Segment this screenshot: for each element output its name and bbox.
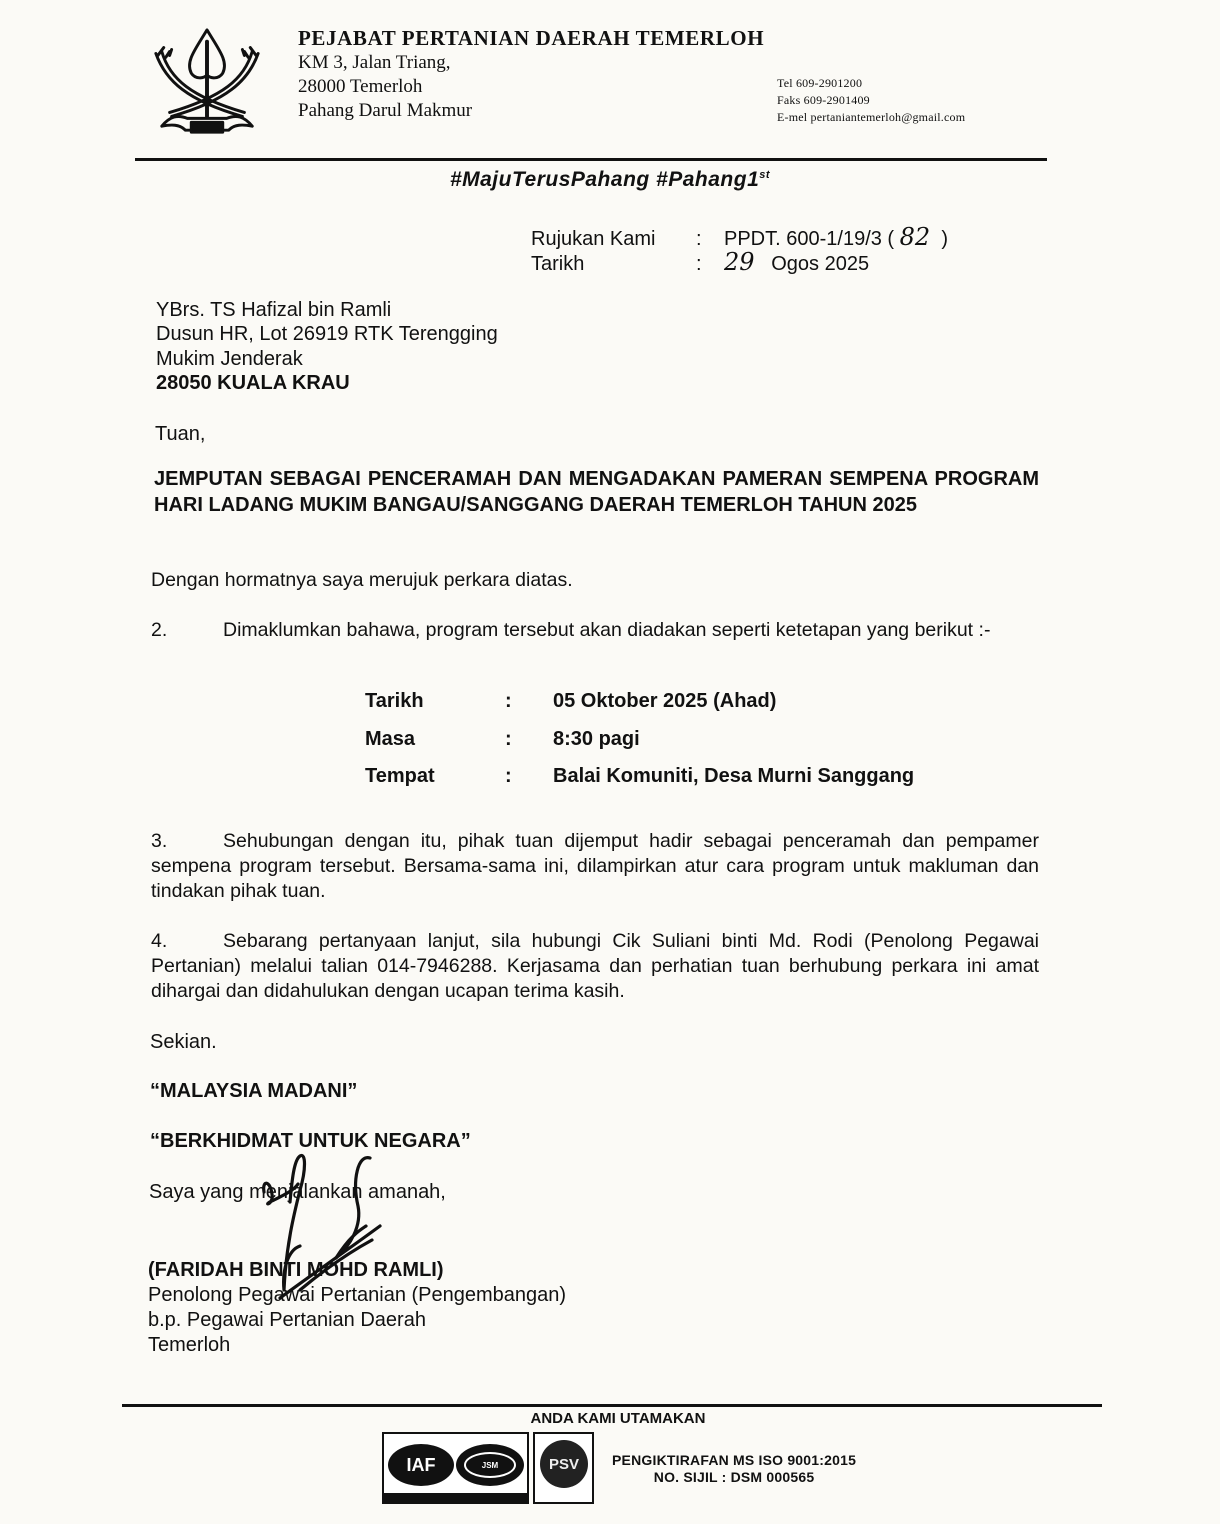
paragraph-text: Sebarang pertanyaan lanjut, sila hubungi… <box>151 930 1039 1002</box>
paragraph-4: 4.Sebarang pertanyaan lanjut, sila hubun… <box>151 929 1039 1004</box>
detail-row-venue: Tempat : Balai Komuniti, Desa Murni Sang… <box>365 765 914 803</box>
footer-slogan: ANDA KAMI UTAMAKAN <box>0 1410 1220 1427</box>
certification-line: PENGIKTIRAFAN MS ISO 9001:2015 <box>612 1452 856 1469</box>
signatory-on-behalf: b.p. Pegawai Pertanian Daerah <box>148 1309 426 1332</box>
reference-handwritten-number: 82 <box>900 223 931 251</box>
detail-row-date: Tarikh : 05 Oktober 2025 (Ahad) <box>365 690 914 728</box>
psv-logo-icon: PSV <box>540 1440 588 1488</box>
date-label: Tarikh <box>531 253 696 276</box>
detail-value: Balai Komuniti, Desa Murni Sanggang <box>553 765 914 803</box>
signatory-name: (FARIDAH BINTI MOHD RAMLI) <box>148 1259 444 1282</box>
letter-subject: JEMPUTAN SEBAGAI PENCERAMAH DAN MENGADAK… <box>154 466 1039 518</box>
paragraph-text: Dimaklumkan bahawa, program tersebut aka… <box>223 619 990 641</box>
hashtag-text: #MajuTerusPahang #Pahang1 <box>450 168 759 191</box>
accreditation-logos: IAF JSM <box>382 1432 529 1504</box>
recipient-name: YBrs. TS Hafizal bin Ramli <box>156 299 391 322</box>
reference-value: PPDT. 600-1/19/3 ( <box>724 228 894 250</box>
paragraph-text: Sehubungan dengan itu, pihak tuan dijemp… <box>151 830 1039 902</box>
paragraph-3: 3.Sehubungan dengan itu, pihak tuan dije… <box>151 829 1039 904</box>
recipient-address: Dusun HR, Lot 26919 RTK Terengging <box>156 323 498 346</box>
motto-malaysia-madani: “MALAYSIA MADANI” <box>150 1080 357 1103</box>
address-line: Pahang Darul Makmur <box>298 100 472 122</box>
hashtag-slogan: #MajuTerusPahang #Pahang1st <box>0 168 1220 192</box>
logo-bar <box>384 1493 527 1502</box>
address-line: KM 3, Jalan Triang, <box>298 52 451 74</box>
email: E-mel pertaniantemerloh@gmail.com <box>777 110 965 125</box>
jsm-logo-icon: JSM <box>456 1444 524 1486</box>
footer-divider <box>122 1404 1102 1407</box>
detail-label: Tempat <box>365 765 505 803</box>
organization-name: PEJABAT PERTANIAN DAERAH TEMERLOH <box>298 26 764 51</box>
certification-text: PENGIKTIRAFAN MS ISO 9001:2015 NO. SIJIL… <box>612 1452 856 1486</box>
iaf-logo-icon: IAF <box>388 1444 454 1486</box>
date-handwritten-day: 29 <box>724 248 755 276</box>
recipient-postcode: 28050 KUALA KRAU <box>156 372 350 395</box>
event-details: Tarikh : 05 Oktober 2025 (Ahad) Masa : 8… <box>365 690 914 803</box>
detail-value: 05 Oktober 2025 (Ahad) <box>553 690 776 728</box>
jsm-logo-text: JSM <box>464 1452 516 1478</box>
header-divider <box>135 158 1047 161</box>
date-value: Ogos 2025 <box>771 253 869 275</box>
detail-value: 8:30 pagi <box>553 728 640 766</box>
paragraph-number: 2. <box>151 618 223 643</box>
salutation: Tuan, <box>155 423 205 446</box>
detail-label: Masa <box>365 728 505 766</box>
signatory-title: Penolong Pegawai Pertanian (Pengembangan… <box>148 1284 566 1307</box>
telephone: Tel 609-2901200 <box>777 76 862 91</box>
colon: : <box>696 253 724 276</box>
psv-logo-box: PSV <box>533 1432 594 1504</box>
certificate-number: NO. SIJIL : DSM 000565 <box>612 1469 856 1486</box>
paragraph-number: 3. <box>151 829 223 854</box>
signatory-location: Temerloh <box>148 1334 230 1357</box>
hashtag-superscript: st <box>759 169 770 181</box>
reference-close: ) <box>941 228 948 250</box>
reference-row: Rujukan Kami:PPDT. 600-1/19/3 ( 82 ) <box>531 223 948 251</box>
colon: : <box>505 728 553 766</box>
recipient-address: Mukim Jenderak <box>156 348 303 371</box>
fax: Faks 609-2901409 <box>777 93 870 108</box>
colon: : <box>505 690 553 728</box>
pahang-crest-icon <box>148 22 266 140</box>
paragraph-2: 2.Dimaklumkan bahawa, program tersebut a… <box>151 618 1039 643</box>
colon: : <box>505 765 553 803</box>
intro-paragraph: Dengan hormatnya saya merujuk perkara di… <box>151 568 1039 593</box>
address-line: 28000 Temerloh <box>298 76 422 98</box>
detail-row-time: Masa : 8:30 pagi <box>365 728 914 766</box>
paragraph-number: 4. <box>151 929 223 954</box>
date-row: Tarikh:29 Ogos 2025 <box>531 248 869 276</box>
detail-label: Tarikh <box>365 690 505 728</box>
closing-sekian: Sekian. <box>150 1031 217 1054</box>
